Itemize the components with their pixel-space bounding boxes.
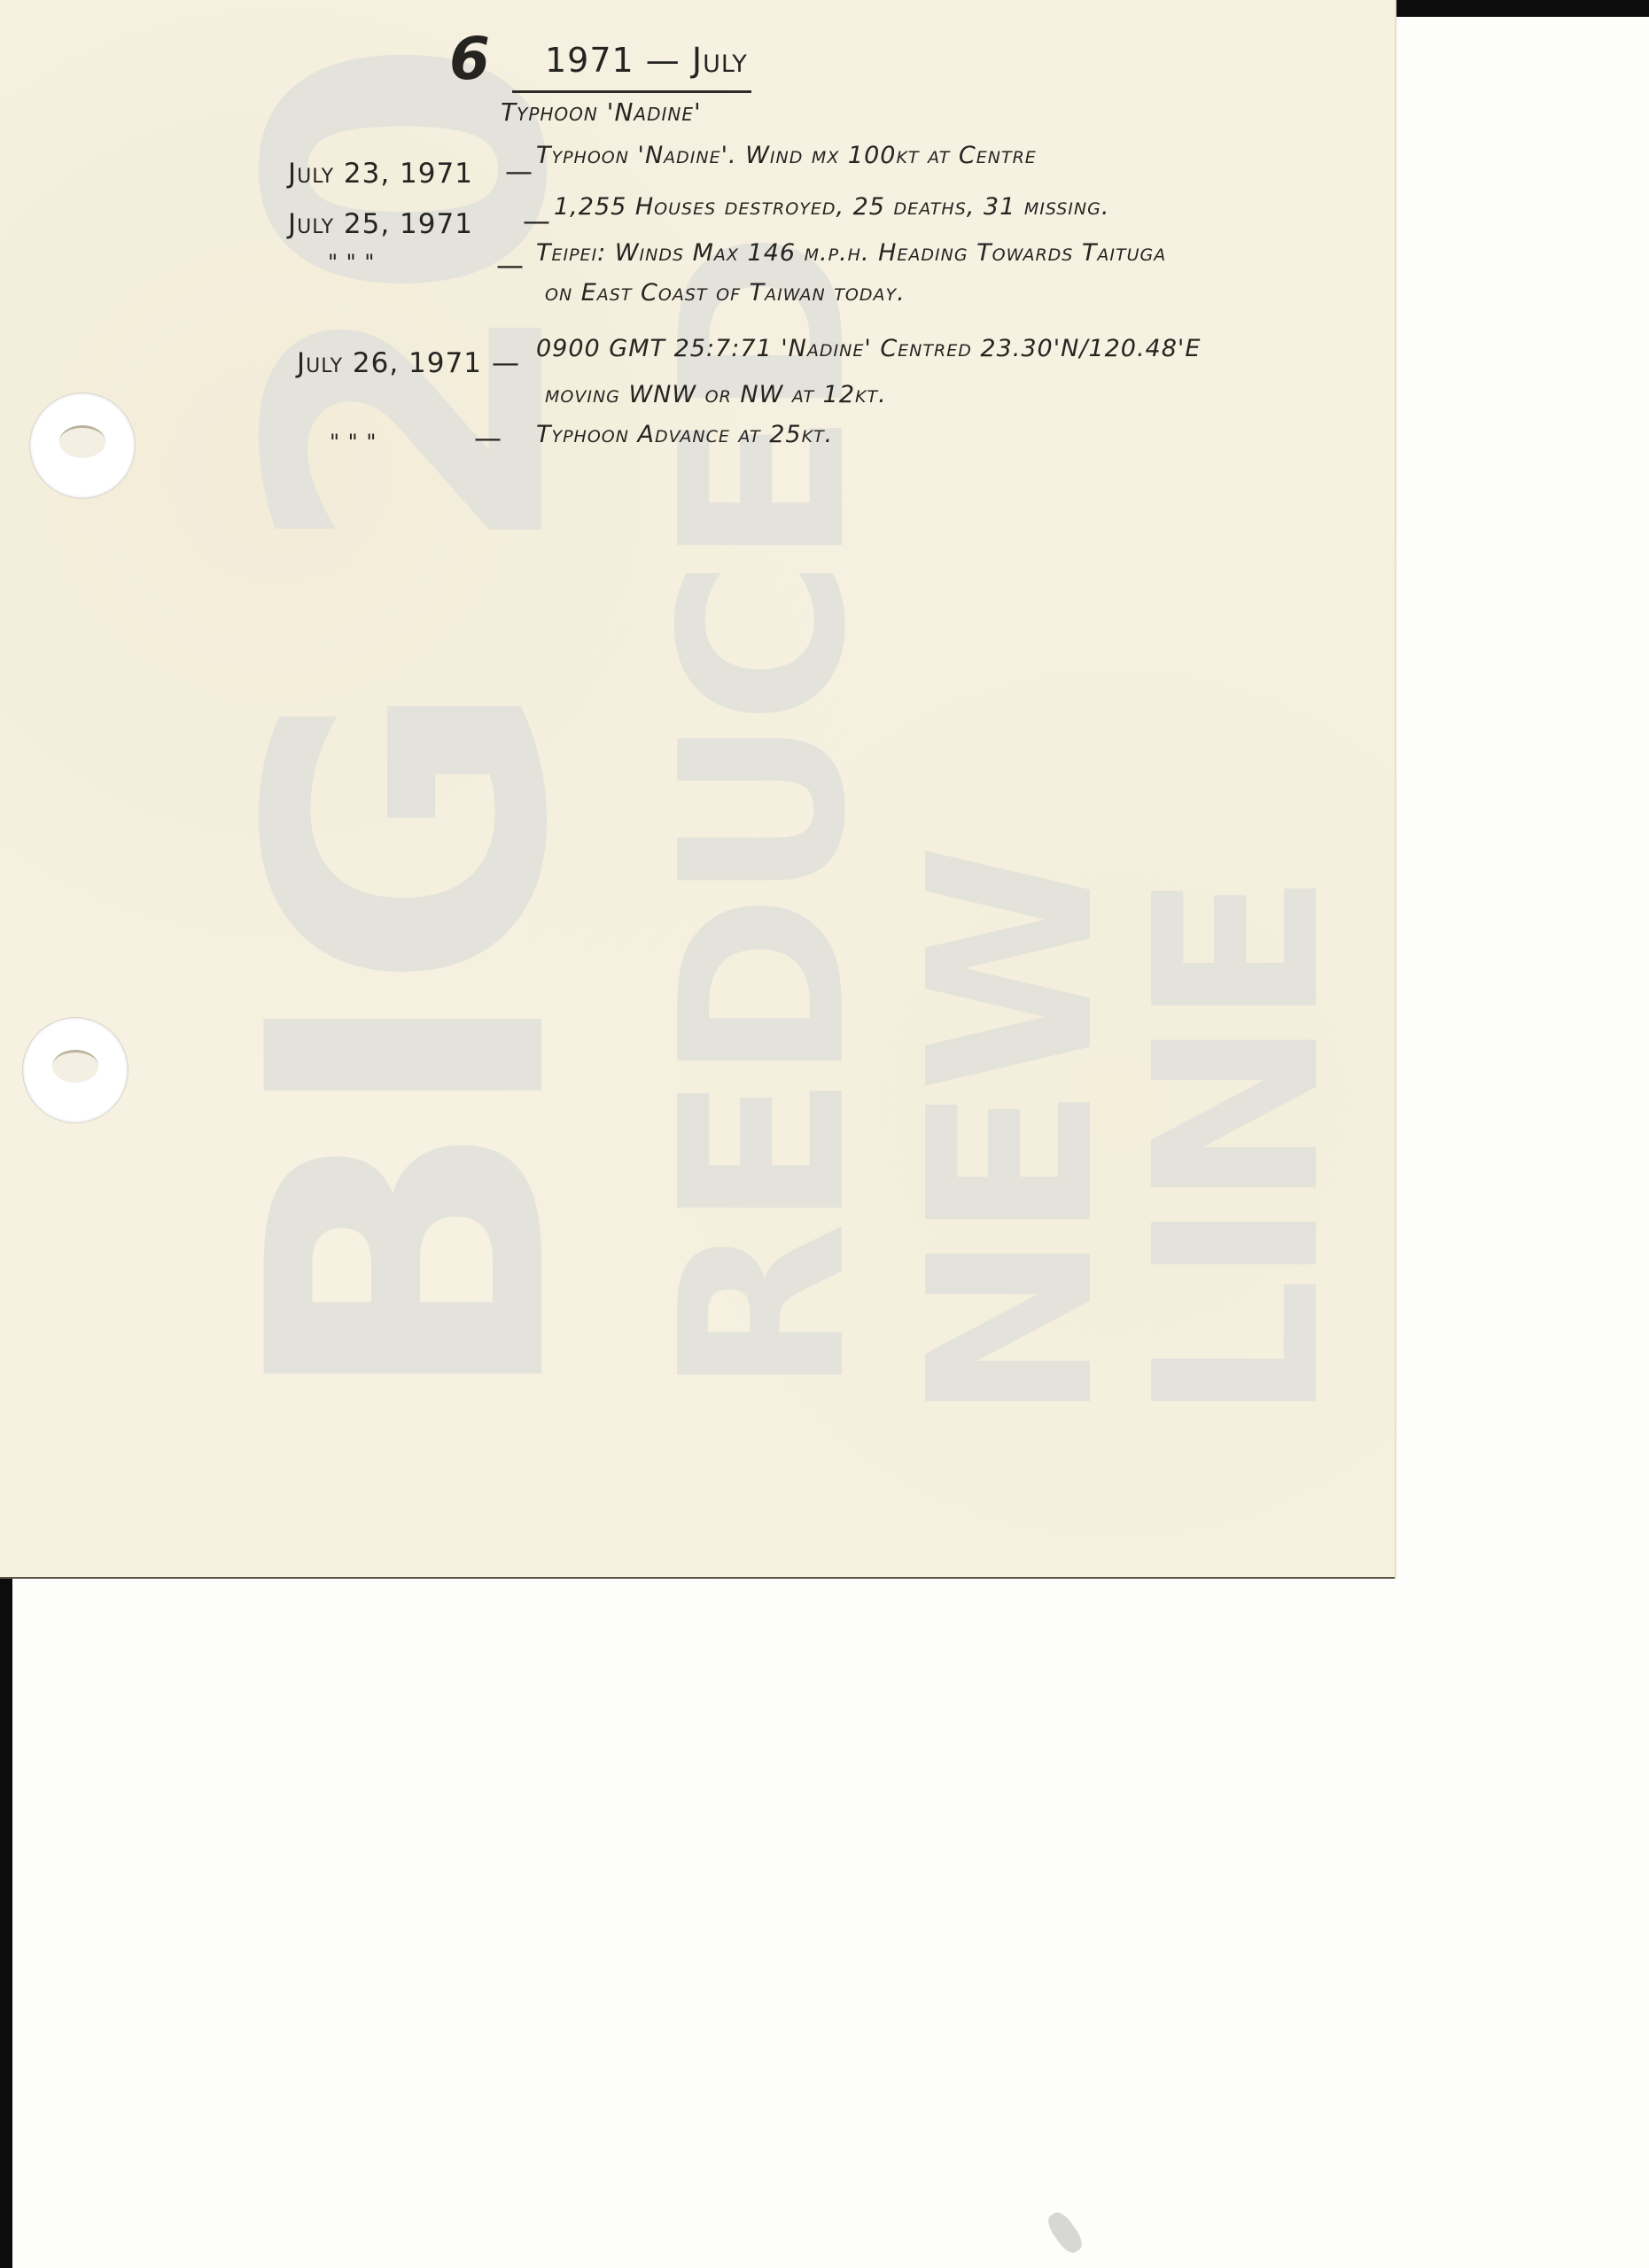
notebook-page: BIG 20 REDUCED NEW LINE 6 1971 — July Ty… [0,0,1395,1579]
bleed-through-text: NEW LINE [899,660,1351,1422]
entry-date: July 25, 1971 [288,208,473,240]
entry-date-ditto: " " " [330,430,377,454]
entry-dash: — [474,423,502,454]
entry-text: Teipei: Winds Max 146 m.p.h. Heading Tow… [536,239,1166,267]
entry-text: Typhoon Advance at 25kt. [536,421,833,448]
entry-text: on East Coast of Taiwan today. [545,279,906,307]
entry-date-ditto: " " " [328,250,375,275]
entry-dash: — [496,250,525,282]
entry-text: Typhoon 'Nadine'. Wind mx 100kt at Centr… [536,142,1037,169]
entry-dash: — [492,347,520,379]
page-subtitle: Typhoon 'Nadine' [501,97,702,127]
scanner-edge-top [1393,0,1649,17]
entry-date: July 26, 1971 [297,347,482,379]
punch-hole-reinforcement [22,1017,128,1123]
entry-date: July 23, 1971 [288,158,473,190]
page-title: 1971 — July [545,41,748,80]
scan-speck [1044,2209,1086,2257]
bleed-through-text: REDUCED [651,545,877,1395]
entry-text: moving WNW or NW at 12kt. [545,381,887,408]
entry-dash: — [505,156,533,188]
entry-dash: — [523,206,551,237]
title-underline [512,90,751,93]
entry-text: 0900 GMT 25:7:71 'Nadine' Centred 23.30'… [536,335,1201,362]
scanner-edge-left [0,1576,12,2268]
page-number-mark: 6 [449,25,491,93]
punch-hole-reinforcement [29,392,136,499]
entry-text: 1,255 Houses destroyed, 25 deaths, 31 mi… [554,193,1109,221]
